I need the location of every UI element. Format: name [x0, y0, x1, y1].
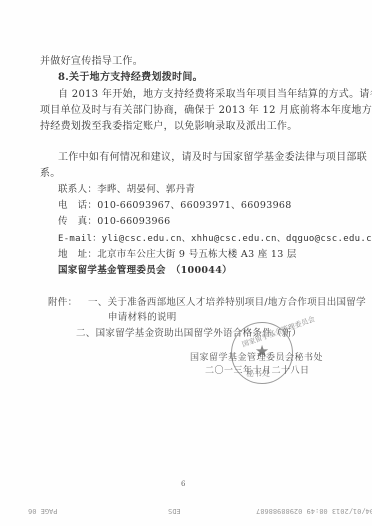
fax-header-right: PAGE 06	[28, 507, 58, 515]
signature-date: 二〇一三年十月二十八日	[205, 363, 310, 376]
attachment-item-1: 一、关于准备西部地区人才培养特别项目/地方合作项目出国留学	[88, 297, 366, 309]
section-heading-8: 8.关于地方支持经费划拨时间。	[58, 72, 203, 84]
text-line-6: 工作中如有何情况和建议，请及时与国家留学基金委法律与项目部联	[58, 152, 367, 164]
fax-header-left: 04/01/2013 08:49 02988988687	[256, 507, 372, 515]
text-line-7: 系。	[40, 168, 61, 180]
text-line-1: 并做好宣传指导工作。	[40, 56, 143, 68]
contact-address: 地 址：北京市车公庄大街 9 号五栋大楼 A3 座 13 层	[58, 249, 297, 261]
fax-header-middle: EDS	[168, 507, 181, 515]
text-line-5: 持经费划拨至我委指定账户，以免影响录取及派出工作。	[40, 121, 298, 133]
attachment-item-1-cont: 申请材料的说明	[108, 312, 177, 324]
stamp-arc-text: 国家留学基金管理委员会	[241, 314, 317, 350]
attachments-label: 附件：	[48, 297, 77, 309]
document-page: 并做好宣传指导工作。 8.关于地方支持经费划拨时间。 自 2013 年开始，地方…	[0, 0, 372, 526]
contact-people: 联系人：李晔、胡晏何、郭丹青	[58, 184, 195, 196]
text-line-3: 自 2013 年开始，地方支持经费将采取当年项目当年结算的方式。请各	[58, 89, 372, 101]
signature-org: 国家留学基金管理委员会秘书处	[190, 350, 323, 363]
contact-fax: 传 真：010-66093966	[58, 216, 171, 228]
page-number: 6	[181, 480, 185, 488]
contact-email: E-mail：yli@csc.edu.cn、xhhu@csc.edu.cn、dq…	[58, 233, 372, 245]
text-line-4: 项目单位及时与有关部门协商，确保于 2013 年 12 月底前将本年度地方支	[40, 105, 372, 117]
contact-org: 国家留学基金管理委员会 （100044）	[58, 265, 232, 277]
contact-phone: 电 话：010-66093967、66093971、66093968	[58, 200, 292, 212]
